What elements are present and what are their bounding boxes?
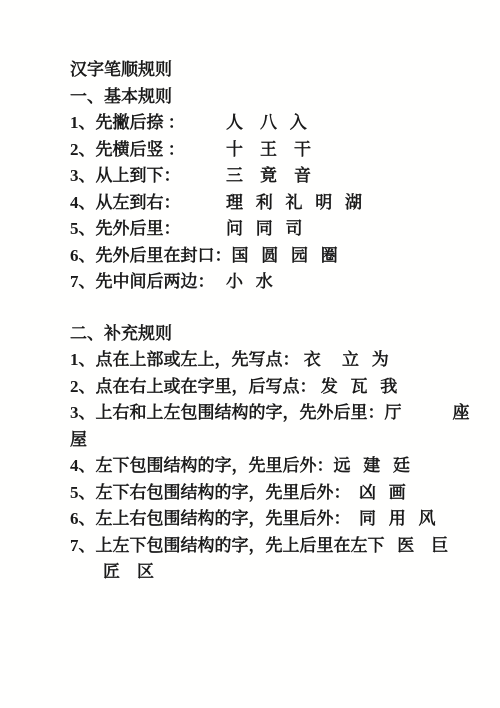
rule-examples: 问 同 司 bbox=[226, 216, 303, 243]
rule-examples: 国 圆 园 圈 bbox=[232, 243, 338, 270]
rule-label: 6、先外后里在封口： bbox=[70, 243, 232, 270]
supplementary-line-7: 7、上左下包围结构的字，先上后里在左下 医 巨 bbox=[70, 533, 472, 560]
document-content: 汉字笔顺规则 一、基本规则 1、先撇后捺 ： 人 八 入 2、先横后竖 ： 十 … bbox=[0, 0, 500, 586]
supplementary-line-7-wrap: 匠 区 bbox=[70, 559, 472, 586]
rule-examples: 理 利 礼 明 湖 bbox=[226, 190, 362, 217]
rule-label: 3、从上到下： bbox=[70, 163, 226, 190]
supplementary-line-2: 2、点在右上或在字里，后写点： 发 瓦 我 bbox=[70, 374, 472, 401]
rule-label: 1、先撇后捺 ： bbox=[70, 110, 226, 137]
rule-examples: 小 水 bbox=[226, 269, 273, 296]
page-title: 汉字笔顺规则 bbox=[70, 57, 472, 84]
rule-examples: 十 王 干 bbox=[226, 137, 311, 164]
supplementary-line-1: 1、点在上部或左上，先写点： 衣 立 为 bbox=[70, 347, 472, 374]
section-heading-supplementary: 二、补充规则 bbox=[70, 321, 472, 348]
basic-rule-row-5: 5、先外后里： 问 同 司 bbox=[70, 216, 472, 243]
supplementary-line-4: 4、左下包围结构的字，先里后外：远 建 廷 bbox=[70, 453, 472, 480]
basic-rule-row-7: 7、先中间后两边： 小 水 bbox=[70, 269, 472, 296]
rule-label: 4、从左到右： bbox=[70, 190, 226, 217]
basic-rule-row-1: 1、先撇后捺 ： 人 八 入 bbox=[70, 110, 472, 137]
supplementary-line-5: 5、左下右包围结构的字，先里后外： 凶 画 bbox=[70, 480, 472, 507]
basic-rule-row-3: 3、从上到下： 三 竟 音 bbox=[70, 163, 472, 190]
supplementary-line-3: 3、上右和上左包围结构的字，先外后里：厅 座 bbox=[70, 400, 472, 427]
rule-label: 5、先外后里： bbox=[70, 216, 226, 243]
rule-examples: 三 竟 音 bbox=[226, 163, 311, 190]
section-heading-basic: 一、基本规则 bbox=[70, 84, 472, 111]
rule-examples: 人 八 入 bbox=[226, 110, 307, 137]
basic-rule-row-6: 6、先外后里在封口： 国 圆 园 圈 bbox=[70, 243, 472, 270]
basic-rule-row-2: 2、先横后竖 ： 十 王 干 bbox=[70, 137, 472, 164]
rule-label: 7、先中间后两边： bbox=[70, 269, 226, 296]
document-page: 汉字笔顺规则 一、基本规则 1、先撇后捺 ： 人 八 入 2、先横后竖 ： 十 … bbox=[0, 0, 500, 708]
basic-rule-row-4: 4、从左到右： 理 利 礼 明 湖 bbox=[70, 190, 472, 217]
supplementary-line-6: 6、左上右包围结构的字，先里后外： 同 用 风 bbox=[70, 506, 472, 533]
rule-label: 2、先横后竖 ： bbox=[70, 137, 226, 164]
supplementary-line-3-wrap: 屋 bbox=[70, 427, 472, 454]
